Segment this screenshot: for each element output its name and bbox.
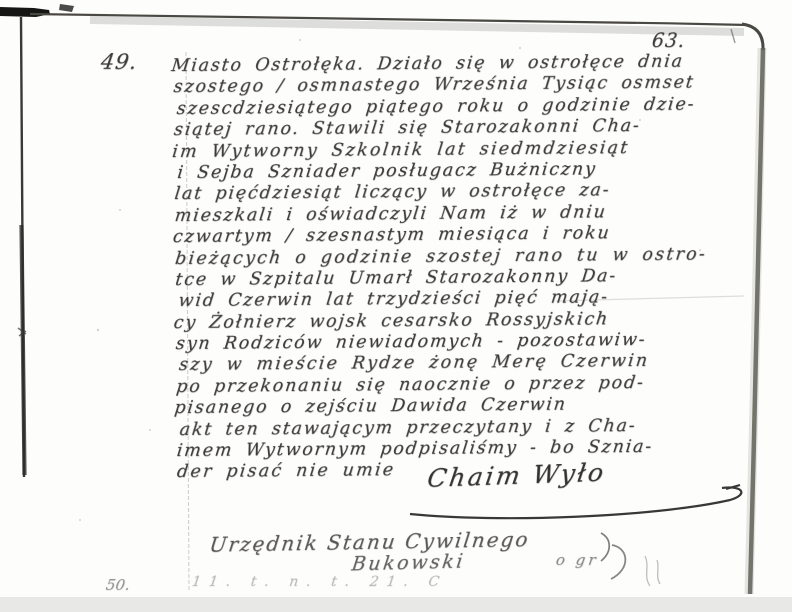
stray-stroke [731, 29, 735, 43]
page-top-edge-shadow [90, 20, 744, 32]
record-number: 49. [99, 50, 139, 74]
registrar-paraph [611, 545, 625, 579]
next-record-number: 50. [105, 576, 131, 594]
page-corner [742, 24, 763, 50]
title-paraph [601, 533, 609, 561]
declarant-signature: Chaim Wyło [425, 458, 607, 493]
registrar-signature: Bukowski [350, 551, 466, 576]
book-fold-line-thick [22, 225, 25, 475]
binding-clamp [0, 7, 50, 17]
page-number: 63. [651, 30, 687, 52]
scanned-document-page: 63. 49. Miasto Ostrołęka. Działo się w o… [0, 0, 792, 612]
next-record-faint-marks: 11. t. n. t. 21. C [191, 574, 448, 590]
faint-scribble [645, 556, 660, 586]
scanner-edge-band [0, 597, 792, 612]
book-fold-line [21, 17, 24, 477]
fold-blemish [18, 328, 26, 336]
signature-annotation: o gr [555, 551, 600, 569]
page-top-edge [30, 14, 748, 25]
binding-clamp-nub [59, 4, 74, 12]
record-text-block: Miasto Ostrołęka. Działo się w ostrołęce… [172, 51, 761, 484]
